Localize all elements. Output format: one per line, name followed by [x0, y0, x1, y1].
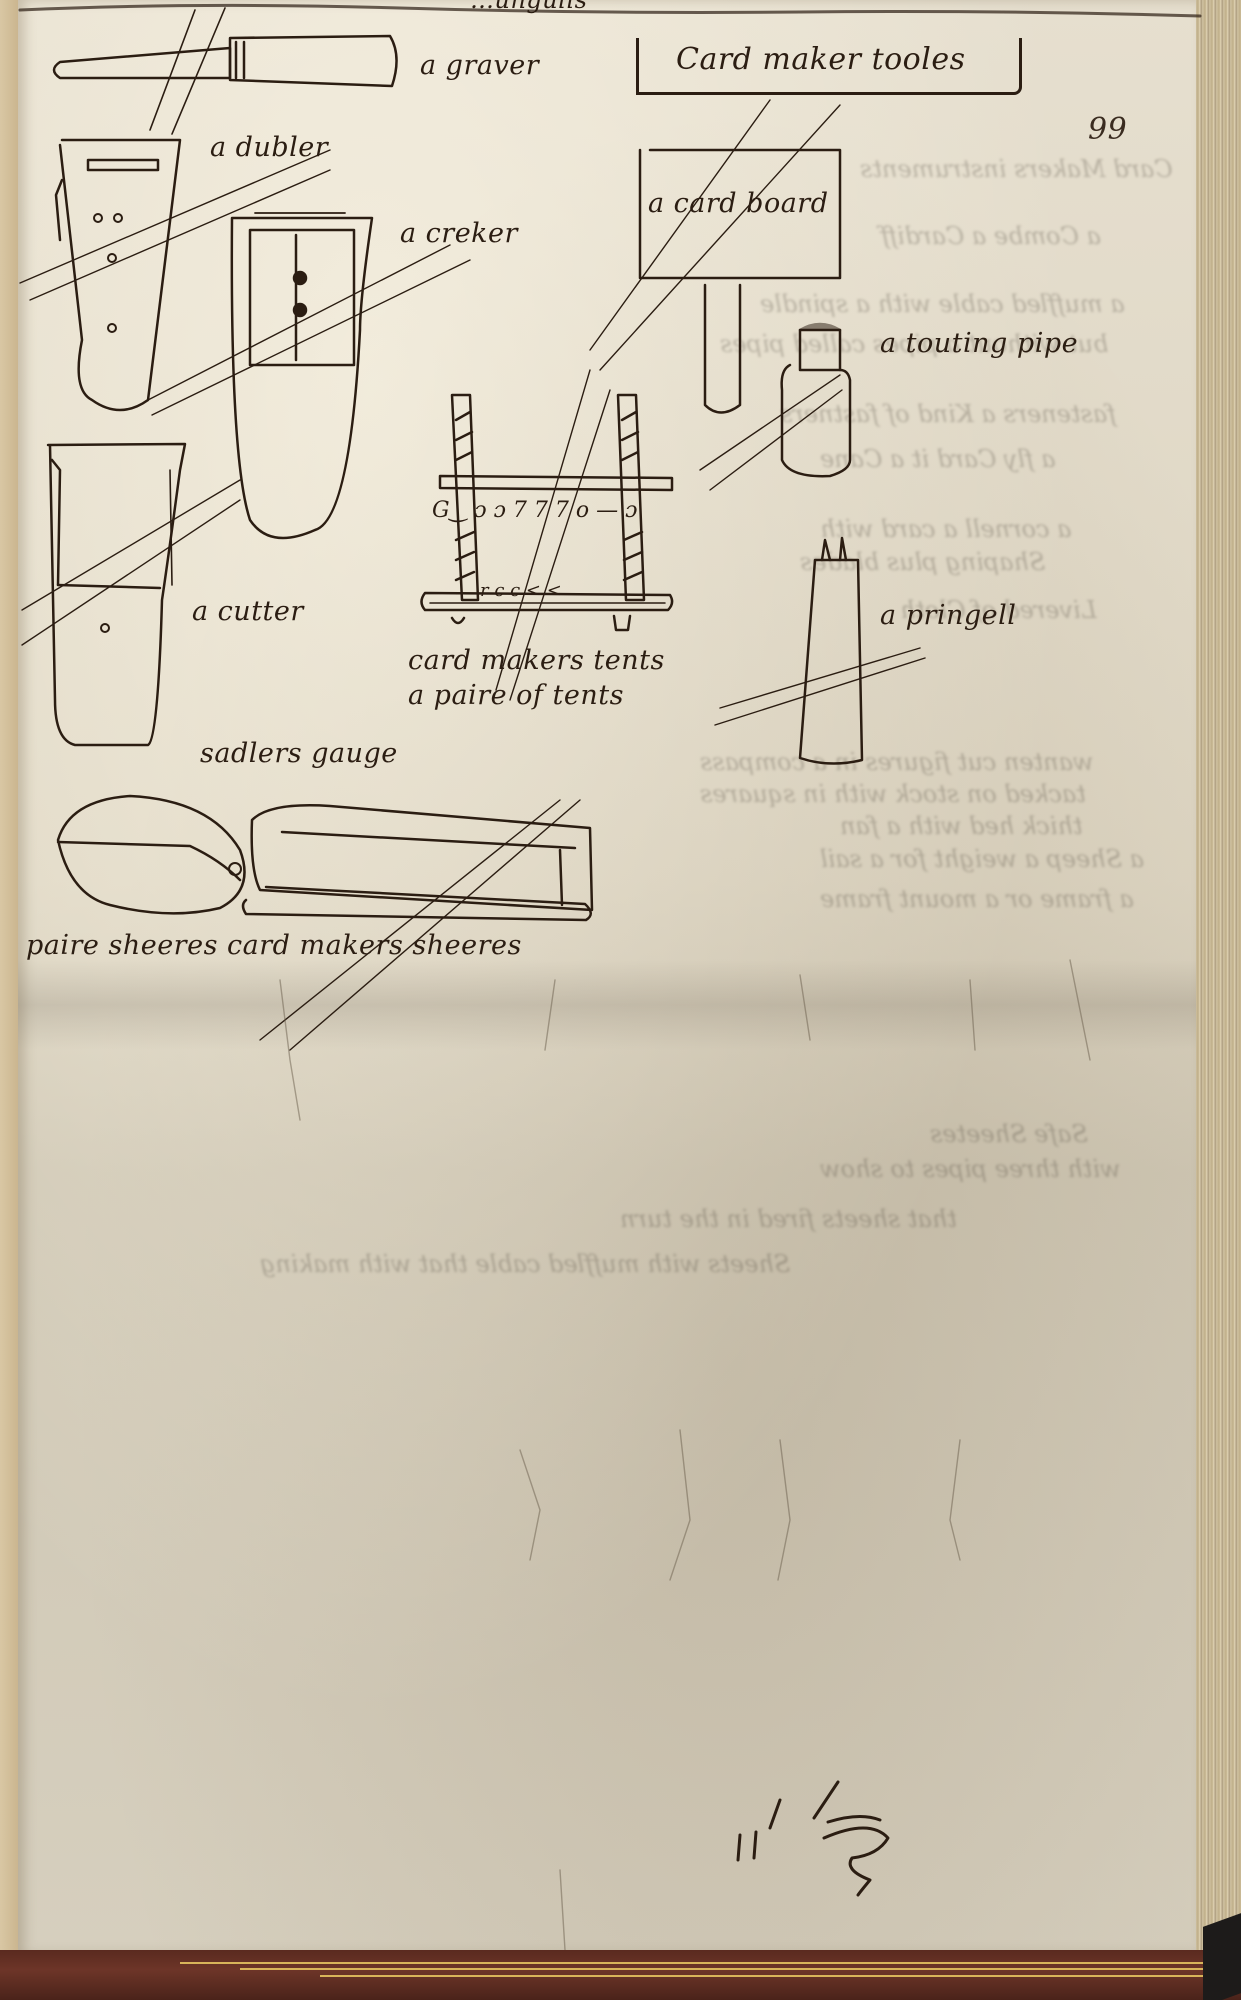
label-shears: paire sheeres card makers sheeres: [26, 930, 522, 961]
touting-pipe-drawing: [700, 324, 850, 490]
label-dubler: a dubler: [210, 132, 328, 163]
bottom-mark-drawing: [738, 1782, 888, 1895]
label-touting-pipe: a touting pipe: [880, 328, 1078, 359]
gilt-line: [180, 1962, 1210, 1964]
label-sadlers-gauge: sadlers gauge: [200, 738, 398, 769]
top-running-text: …ungulis: [470, 0, 587, 14]
cutter-drawing: [22, 444, 240, 745]
label-pringell: a pringell: [880, 600, 1016, 631]
folio-number: 99: [1088, 112, 1127, 147]
card-board-drawing: [590, 100, 840, 413]
graver-drawing: [54, 8, 397, 134]
label-graver: a graver: [420, 50, 539, 81]
gilt-line: [240, 1968, 1210, 1970]
dubler-drawing: [20, 140, 330, 410]
gilt-line: [320, 1975, 1210, 1977]
tool-drawings: G‿ ɔ ɔ 7 7 7 o — ɔ r c c < <: [0, 0, 1241, 2000]
page-weight-clip: [1203, 1913, 1241, 2000]
label-creker: a creker: [400, 218, 518, 249]
label-card-makers-tents: card makers tents: [408, 645, 665, 676]
creker-drawing: [148, 213, 470, 538]
card-makers-shears-drawing: [58, 796, 592, 1050]
label-pair-of-tents: a paire of tents: [408, 680, 624, 711]
label-card-board: a card board: [648, 188, 829, 219]
pringell-drawing: [715, 538, 925, 764]
heading: Card maker tooles: [676, 42, 966, 77]
paper-creases: [280, 960, 1090, 1950]
svg-text:r c c < <: r c c < <: [480, 580, 562, 601]
label-cutter: a cutter: [192, 596, 304, 627]
svg-text:G‿ ɔ ɔ 7 7 7 o — ɔ: G‿ ɔ ɔ 7 7 7 o — ɔ: [432, 498, 637, 523]
